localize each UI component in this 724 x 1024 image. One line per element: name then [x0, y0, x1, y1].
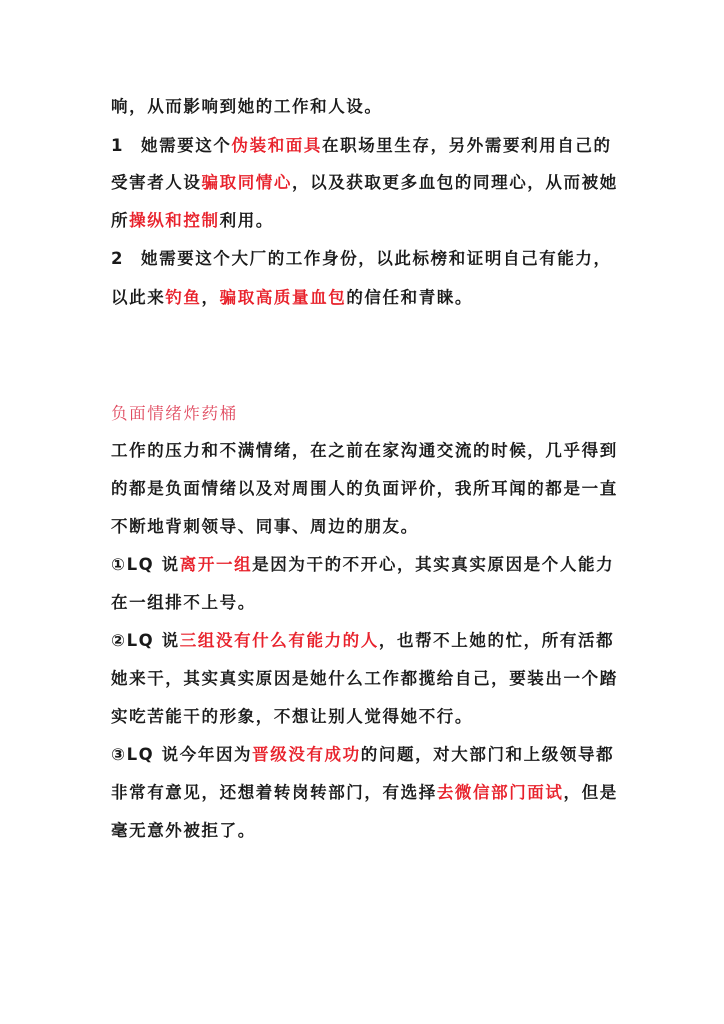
- highlight-text: 晋级没有成功: [252, 745, 361, 764]
- paragraph-line: 受害者人设骗取同情心，以及获取更多血包的同理心，从而被她: [111, 172, 618, 194]
- text: ②LQ 说: [111, 631, 180, 650]
- text: 的信任和青睐。: [346, 288, 473, 307]
- text: ，: [202, 288, 220, 307]
- highlight-text: 操纵和控制: [129, 211, 220, 230]
- highlight-text: 伪装和面具: [232, 136, 323, 155]
- text: ③LQ 说今年因为: [111, 745, 252, 764]
- paragraph-line: 不断地背刺领导、同事、周边的朋友。: [111, 516, 419, 538]
- paragraph-line: 毫无意外被拒了。: [111, 820, 256, 842]
- paragraph-line: 响，从而影响到她的工作和人设。: [111, 96, 383, 118]
- paragraph-line: 所操纵和控制利用。: [111, 210, 274, 232]
- list-item-1: 1她需要这个伪装和面具在职场里生存，另外需要利用自己的: [111, 135, 612, 157]
- text: 所: [111, 211, 129, 230]
- text: 是因为干的不开心，其实真实原因是个人能力: [252, 555, 614, 574]
- text: 在职场里生存，另外需要利用自己的: [322, 136, 612, 155]
- highlight-text: 三组没有什么有能力的人: [180, 631, 379, 650]
- text: ，以及获取更多血包的同理心，从而被她: [292, 173, 618, 192]
- text: 利用。: [220, 211, 274, 230]
- highlight-text: 钓鱼: [165, 288, 201, 307]
- highlight-text: 骗取同情心: [202, 173, 293, 192]
- item-number: 2: [111, 248, 141, 270]
- text: 的问题，对大部门和上级领导都: [361, 745, 614, 764]
- text: 她需要这个: [141, 136, 232, 155]
- paragraph-line: 实吃苦能干的形象，不想让别人觉得她不行。: [111, 706, 473, 728]
- highlight-text: 骗取高质量血包: [220, 288, 347, 307]
- paragraph-line: 她来干，其实真实原因是她什么工作都揽给自己，要装出一个踏: [111, 668, 618, 690]
- list-item-2: 2她需要这个大厂的工作身份，以此标榜和证明自己有能力，: [111, 248, 612, 270]
- point-3: ③LQ 说今年因为晋级没有成功的问题，对大部门和上级领导都: [111, 744, 614, 766]
- paragraph-line: 的都是负面情绪以及对周围人的负面评价，我所耳闻的都是一直: [111, 478, 618, 500]
- text: 受害者人设: [111, 173, 202, 192]
- paragraph-line: 工作的压力和不满情绪，在之前在家沟通交流的时候，几乎得到: [111, 440, 618, 462]
- item-number: 1: [111, 135, 141, 157]
- highlight-text: 去微信部门面试: [437, 783, 564, 802]
- highlight-text: 离开一组: [180, 555, 252, 574]
- text: 非常有意见，还想着转岗转部门，有选择: [111, 783, 437, 802]
- paragraph-line: 在一组排不上号。: [111, 592, 256, 614]
- paragraph-line: 非常有意见，还想着转岗转部门，有选择去微信部门面试，但是: [111, 782, 618, 804]
- text: ，也帮不上她的忙，所有活都: [379, 631, 614, 650]
- text: 以此来: [111, 288, 165, 307]
- text: ①LQ 说: [111, 555, 180, 574]
- point-2: ②LQ 说三组没有什么有能力的人，也帮不上她的忙，所有活都: [111, 630, 614, 652]
- text: ，但是: [564, 783, 618, 802]
- paragraph-line: 以此来钓鱼，骗取高质量血包的信任和青睐。: [111, 287, 473, 309]
- section-heading: 负面情绪炸药桶: [111, 403, 238, 425]
- text: 她需要这个大厂的工作身份，以此标榜和证明自己有能力，: [141, 249, 612, 268]
- point-1: ①LQ 说离开一组是因为干的不开心，其实真实原因是个人能力: [111, 554, 614, 576]
